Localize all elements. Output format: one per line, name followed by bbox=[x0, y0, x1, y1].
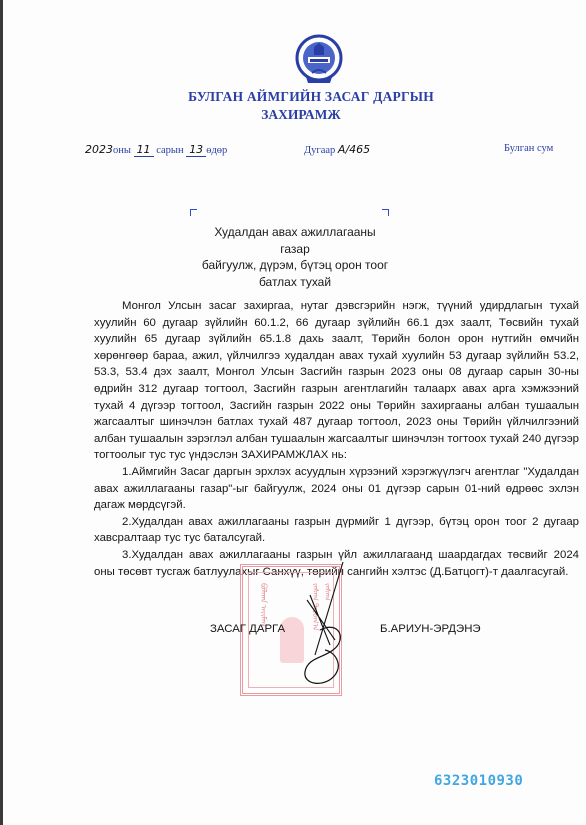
signer-name: Б.АРИУН-ЭРДЭНЭ bbox=[380, 623, 481, 635]
organization-name: БУЛГАН АЙМГИЙН ЗАСАГ ДАРГЫН bbox=[18, 89, 586, 105]
order-item-1: 1.Аймгийн Засаг даргын эрхлэх асуудлын х… bbox=[94, 464, 579, 514]
document-date: 2023оны 11 сарын 13өдөр bbox=[85, 143, 227, 157]
order-item-2: 2.Худалдан авах ажиллагааны газрын дүрми… bbox=[94, 514, 579, 547]
date-month: 11 bbox=[134, 143, 154, 157]
handwritten-signature-icon bbox=[285, 560, 365, 690]
subject-bracket-left bbox=[190, 209, 197, 216]
number-label: Дугаар bbox=[304, 145, 335, 156]
date-day: 13 bbox=[186, 143, 206, 157]
subject-line: байгуулж, дүрэм, бүтэц орон тоог bbox=[200, 257, 390, 274]
registration-number: 6323010930 bbox=[434, 773, 523, 789]
subject-line: батлах тухай bbox=[200, 274, 390, 291]
subject-bracket-right bbox=[382, 209, 389, 216]
document-type: ЗАХИРАМЖ bbox=[8, 107, 586, 123]
state-emblem-icon bbox=[294, 33, 344, 89]
subject-line: Худалдан авах ажиллагааны газар bbox=[200, 224, 390, 257]
date-day-suffix: өдөр bbox=[206, 145, 227, 156]
document-place: Булган сум bbox=[504, 143, 553, 154]
date-year: 2023 bbox=[85, 143, 113, 156]
document-body: Монгол Улсын засаг захиргаа, нутаг дэвсг… bbox=[94, 298, 579, 580]
number-value: А/465 bbox=[338, 143, 370, 156]
document-subject: Худалдан авах ажиллагааны газар байгуулж… bbox=[200, 224, 390, 290]
signer-title: ЗАСАГ ДАРГА bbox=[210, 623, 285, 635]
date-month-suffix: сарын bbox=[156, 145, 183, 156]
preamble-paragraph: Монгол Улсын засаг захиргаа, нутаг дэвсг… bbox=[94, 298, 579, 464]
date-year-suffix: оны bbox=[113, 145, 131, 156]
document-number: Дугаар А/465 bbox=[304, 143, 370, 156]
